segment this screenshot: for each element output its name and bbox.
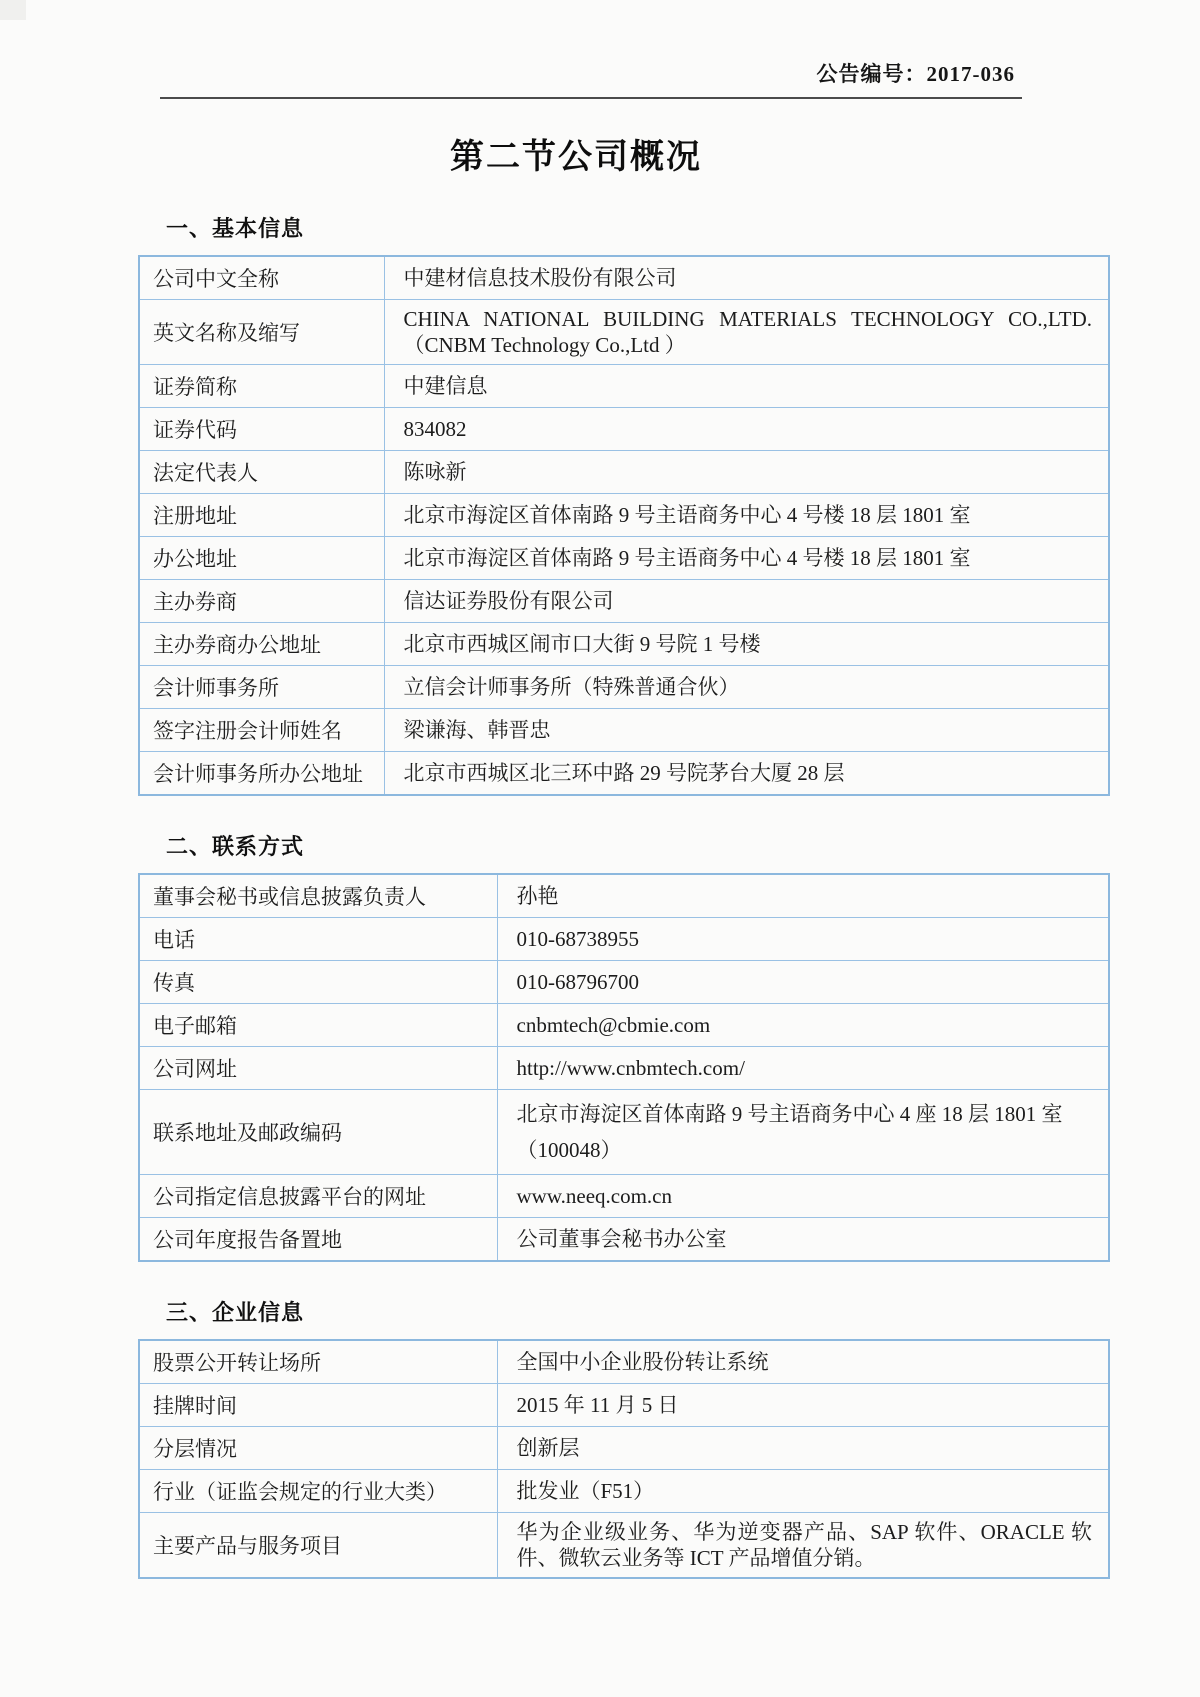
- table-row: 行业（证监会规定的行业大类）批发业（F51）: [139, 1470, 1109, 1513]
- row-value: 2015 年 11 月 5 日: [497, 1384, 1109, 1427]
- section-heading-enterprise-info: 三、企业信息: [166, 1296, 1200, 1327]
- row-label: 电话: [139, 918, 497, 961]
- table-row: 电话010-68738955: [139, 918, 1109, 961]
- table-row: 公司网址http://www.cnbmtech.com/: [139, 1047, 1109, 1090]
- row-value-line: 010-68796700: [517, 969, 1093, 995]
- row-value-line: cnbmtech@cbmie.com: [517, 1012, 1093, 1038]
- row-value-line: 北京市海淀区首体南路 9 号主语商务中心 4 座 18 层 1801 室: [517, 1096, 1093, 1132]
- row-value-line: 北京市海淀区首体南路 9 号主语商务中心 4 号楼 18 层 1801 室: [404, 545, 1093, 571]
- table-row: 股票公开转让场所全国中小企业股份转让系统: [139, 1340, 1109, 1384]
- row-value: 公司董事会秘书办公室: [497, 1218, 1109, 1262]
- row-value-line: （CNBM Technology Co.,Ltd ）: [404, 332, 1093, 358]
- contact-info-table: 董事会秘书或信息披露负责人孙艳电话010-68738955传真010-68796…: [138, 873, 1110, 1262]
- header-rule: [160, 97, 1022, 99]
- row-value: 孙艳: [497, 874, 1109, 918]
- row-value: www.neeq.com.cn: [497, 1175, 1109, 1218]
- table-row: 主要产品与服务项目华为企业级业务、华为逆变器产品、SAP 软件、ORACLE 软…: [139, 1513, 1109, 1579]
- table-row: 董事会秘书或信息披露负责人孙艳: [139, 874, 1109, 918]
- row-value-line: 信达证券股份有限公司: [404, 588, 1093, 614]
- table-row: 证券简称中建信息: [139, 365, 1109, 408]
- row-value: 北京市海淀区首体南路 9 号主语商务中心 4 号楼 18 层 1801 室: [384, 494, 1109, 537]
- announcement-number: 公告编号：2017-036: [0, 0, 1015, 88]
- row-value-line: 010-68738955: [517, 926, 1093, 952]
- row-value: 中建材信息技术股份有限公司: [384, 256, 1109, 300]
- row-value-line: 件、微软云业务等 ICT 产品增值分销。: [517, 1545, 1093, 1571]
- row-value: CHINA NATIONAL BUILDING MATERIALS TECHNO…: [384, 300, 1109, 365]
- row-value: 北京市海淀区首体南路 9 号主语商务中心 4 座 18 层 1801 室（100…: [497, 1090, 1109, 1175]
- table-row: 主办券商信达证券股份有限公司: [139, 580, 1109, 623]
- table-row: 主办券商办公地址北京市西城区闹市口大街 9 号院 1 号楼: [139, 623, 1109, 666]
- row-value: 批发业（F51）: [497, 1470, 1109, 1513]
- row-label: 传真: [139, 961, 497, 1004]
- row-label: 证券代码: [139, 408, 384, 451]
- table-row: 法定代表人陈咏新: [139, 451, 1109, 494]
- row-label: 会计师事务所办公地址: [139, 752, 384, 796]
- table-row: 会计师事务所立信会计师事务所（特殊普通合伙）: [139, 666, 1109, 709]
- row-value: 中建信息: [384, 365, 1109, 408]
- row-value-line: 中建材信息技术股份有限公司: [404, 265, 1093, 291]
- table-row: 公司指定信息披露平台的网址www.neeq.com.cn: [139, 1175, 1109, 1218]
- row-value-line: （100048）: [517, 1132, 1093, 1168]
- section-heading-basic-info: 一、基本信息: [166, 212, 1200, 243]
- row-value: 010-68738955: [497, 918, 1109, 961]
- row-value-line: 中建信息: [404, 373, 1093, 399]
- row-value: 华为企业级业务、华为逆变器产品、SAP 软件、ORACLE 软件、微软云业务等 …: [497, 1513, 1109, 1579]
- row-label: 公司年度报告备置地: [139, 1218, 497, 1262]
- row-label: 公司网址: [139, 1047, 497, 1090]
- table-row: 会计师事务所办公地址北京市西城区北三环中路 29 号院茅台大厦 28 层: [139, 752, 1109, 796]
- row-value: http://www.cnbmtech.com/: [497, 1047, 1109, 1090]
- row-label: 董事会秘书或信息披露负责人: [139, 874, 497, 918]
- table-row: 传真010-68796700: [139, 961, 1109, 1004]
- row-value-line: 北京市海淀区首体南路 9 号主语商务中心 4 号楼 18 层 1801 室: [404, 502, 1093, 528]
- row-value: 梁谦海、韩晋忠: [384, 709, 1109, 752]
- row-value-line: 全国中小企业股份转让系统: [517, 1349, 1093, 1375]
- row-label: 办公地址: [139, 537, 384, 580]
- row-value-line: 立信会计师事务所（特殊普通合伙）: [404, 674, 1093, 700]
- row-value-line: 北京市西城区北三环中路 29 号院茅台大厦 28 层: [404, 760, 1093, 786]
- row-value: 全国中小企业股份转让系统: [497, 1340, 1109, 1384]
- table-row: 证券代码834082: [139, 408, 1109, 451]
- row-value-line: http://www.cnbmtech.com/: [517, 1055, 1093, 1081]
- table-row: 办公地址北京市海淀区首体南路 9 号主语商务中心 4 号楼 18 层 1801 …: [139, 537, 1109, 580]
- enterprise-info-table: 股票公开转让场所全国中小企业股份转让系统挂牌时间2015 年 11 月 5 日分…: [138, 1339, 1110, 1579]
- table-row: 英文名称及缩写CHINA NATIONAL BUILDING MATERIALS…: [139, 300, 1109, 365]
- scan-smudge: [0, 0, 26, 20]
- row-label: 英文名称及缩写: [139, 300, 384, 365]
- row-label: 电子邮箱: [139, 1004, 497, 1047]
- row-label: 主要产品与服务项目: [139, 1513, 497, 1579]
- row-value-line: 北京市西城区闹市口大街 9 号院 1 号楼: [404, 631, 1093, 657]
- row-value-line: www.neeq.com.cn: [517, 1183, 1093, 1209]
- row-label: 法定代表人: [139, 451, 384, 494]
- row-label: 公司指定信息披露平台的网址: [139, 1175, 497, 1218]
- row-value-line: 834082: [404, 416, 1093, 442]
- table-row: 联系地址及邮政编码北京市海淀区首体南路 9 号主语商务中心 4 座 18 层 1…: [139, 1090, 1109, 1175]
- row-value: 北京市西城区闹市口大街 9 号院 1 号楼: [384, 623, 1109, 666]
- row-value-line: 批发业（F51）: [517, 1478, 1093, 1504]
- table-row: 公司中文全称中建材信息技术股份有限公司: [139, 256, 1109, 300]
- table-row: 签字注册会计师姓名梁谦海、韩晋忠: [139, 709, 1109, 752]
- row-label: 股票公开转让场所: [139, 1340, 497, 1384]
- row-label: 签字注册会计师姓名: [139, 709, 384, 752]
- row-label: 注册地址: [139, 494, 384, 537]
- row-value-line: 陈咏新: [404, 459, 1093, 485]
- table-row: 挂牌时间2015 年 11 月 5 日: [139, 1384, 1109, 1427]
- row-value-line: 公司董事会秘书办公室: [517, 1226, 1093, 1252]
- section-heading-contact-info: 二、联系方式: [166, 830, 1200, 861]
- row-value: 北京市西城区北三环中路 29 号院茅台大厦 28 层: [384, 752, 1109, 796]
- row-value: cnbmtech@cbmie.com: [497, 1004, 1109, 1047]
- row-value-line: CHINA NATIONAL BUILDING MATERIALS TECHNO…: [404, 306, 1093, 332]
- row-value: 信达证券股份有限公司: [384, 580, 1109, 623]
- row-value: 创新层: [497, 1427, 1109, 1470]
- row-value-line: 孙艳: [517, 883, 1093, 909]
- row-label: 主办券商: [139, 580, 384, 623]
- row-label: 会计师事务所: [139, 666, 384, 709]
- row-value-line: 2015 年 11 月 5 日: [517, 1392, 1093, 1418]
- row-value: 834082: [384, 408, 1109, 451]
- table-row: 电子邮箱cnbmtech@cbmie.com: [139, 1004, 1109, 1047]
- row-label: 联系地址及邮政编码: [139, 1090, 497, 1175]
- basic-info-table: 公司中文全称中建材信息技术股份有限公司英文名称及缩写CHINA NATIONAL…: [138, 255, 1110, 796]
- row-value: 北京市海淀区首体南路 9 号主语商务中心 4 号楼 18 层 1801 室: [384, 537, 1109, 580]
- row-value-line: 华为企业级业务、华为逆变器产品、SAP 软件、ORACLE 软: [517, 1519, 1093, 1545]
- page-title: 第二节公司概况: [0, 129, 1200, 178]
- row-label: 主办券商办公地址: [139, 623, 384, 666]
- row-label: 分层情况: [139, 1427, 497, 1470]
- row-value: 010-68796700: [497, 961, 1109, 1004]
- row-value-line: 创新层: [517, 1435, 1093, 1461]
- row-value: 陈咏新: [384, 451, 1109, 494]
- table-row: 注册地址北京市海淀区首体南路 9 号主语商务中心 4 号楼 18 层 1801 …: [139, 494, 1109, 537]
- table-row: 分层情况创新层: [139, 1427, 1109, 1470]
- row-value-line: 梁谦海、韩晋忠: [404, 717, 1093, 743]
- row-label: 挂牌时间: [139, 1384, 497, 1427]
- row-label: 证券简称: [139, 365, 384, 408]
- row-label: 公司中文全称: [139, 256, 384, 300]
- row-label: 行业（证监会规定的行业大类）: [139, 1470, 497, 1513]
- row-value: 立信会计师事务所（特殊普通合伙）: [384, 666, 1109, 709]
- table-row: 公司年度报告备置地公司董事会秘书办公室: [139, 1218, 1109, 1262]
